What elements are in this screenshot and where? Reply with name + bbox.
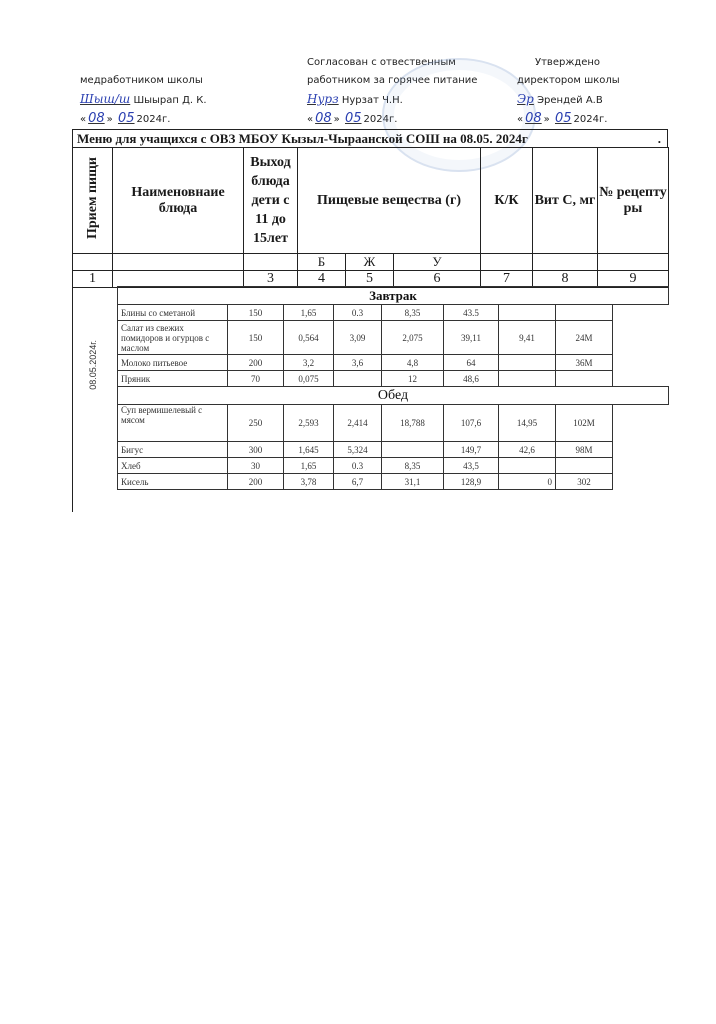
approval-medical-role: медработником школы (80, 72, 207, 90)
table-row: Салат из свежих помидоров и огурцов с ма… (118, 321, 669, 355)
menu-table-body: ЗавтракБлины со сметаной1501,650.38,3543… (117, 286, 669, 490)
cell-dish: Кисель (118, 474, 228, 490)
approval-medical-name: Шыырап Д. К. (133, 95, 206, 106)
cell-b: 3,2 (284, 355, 334, 371)
approval-medical: медработником школы Шыш/ш Шыырап Д. К. «… (80, 72, 207, 129)
cell-u: 31,1 (382, 474, 444, 490)
cell-zh (334, 371, 382, 387)
cell-kcal: 64 (444, 355, 499, 371)
approval-director-role: директором школы (517, 72, 620, 90)
cell-recipe (556, 371, 613, 387)
approval-director: Утверждено директором школы Эр Эрендей А… (517, 54, 620, 129)
table-row: Молоко питьевое2003,23,64,86436М (118, 355, 669, 371)
cell-recipe: 36М (556, 355, 613, 371)
cell-zh: 3,6 (334, 355, 382, 371)
cell-u: 18,788 (382, 405, 444, 442)
header-nutrients: Пищевые вещества (г) (298, 148, 481, 254)
cell-zh: 5,324 (334, 442, 382, 458)
subheader-zh: Ж (346, 254, 394, 271)
cell-kcal: 43,5 (444, 458, 499, 474)
cell-kcal: 107,6 (444, 405, 499, 442)
cell-dish: Пряник (118, 371, 228, 387)
cell-vitc: 42,6 (499, 442, 556, 458)
title-trailing-dot: . (658, 130, 661, 147)
cell-vitc (499, 458, 556, 474)
column-numbers-row: 1 3 4 5 6 7 8 9 (73, 271, 669, 288)
cell-u: 8,35 (382, 305, 444, 321)
cell-u (382, 442, 444, 458)
header-kcal: К/К (481, 148, 533, 254)
cell-vitc: 9,41 (499, 321, 556, 355)
table-row: Пряник700,0751248,6 (118, 371, 669, 387)
cell-u: 4,8 (382, 355, 444, 371)
header-portion: Выход блюда дети с 11 до 15лет (244, 148, 298, 254)
cell-recipe: 98М (556, 442, 613, 458)
approval-medical-date: «08» 052024г. (80, 110, 207, 129)
document-title-text: Меню для учащихся с ОВЗ МБОУ Кызыл-Чыраа… (77, 131, 528, 146)
cell-recipe: 102М (556, 405, 613, 442)
header-meal: Прием пищи (73, 148, 113, 254)
cell-portion: 300 (228, 442, 284, 458)
cell-b: 0,564 (284, 321, 334, 355)
header-recipe: № рецепту ры (598, 148, 669, 254)
header-vitc: Вит С, мг (533, 148, 598, 254)
table-row: Хлеб301,650.38,3543,5 (118, 458, 669, 474)
cell-kcal: 48,6 (444, 371, 499, 387)
approval-director-name: Эрендей А.В (537, 95, 603, 106)
cell-kcal: 43.5 (444, 305, 499, 321)
cell-recipe (556, 458, 613, 474)
cell-zh: 0.3 (334, 458, 382, 474)
cell-portion: 150 (228, 305, 284, 321)
cell-b: 0,075 (284, 371, 334, 387)
cell-portion: 70 (228, 371, 284, 387)
cell-kcal: 149,7 (444, 442, 499, 458)
cell-portion: 250 (228, 405, 284, 442)
cell-zh: 2,414 (334, 405, 382, 442)
signature-catering: Нурз (307, 92, 339, 106)
cell-dish: Хлеб (118, 458, 228, 474)
cell-dish: Бигус (118, 442, 228, 458)
signature-medical: Шыш/ш (80, 92, 130, 106)
cell-b: 1,65 (284, 458, 334, 474)
cell-dish: Блины со сметаной (118, 305, 228, 321)
document-title: Меню для учащихся с ОВЗ МБОУ Кызыл-Чыраа… (72, 129, 668, 147)
section-title: Обед (118, 387, 669, 405)
cell-portion: 200 (228, 474, 284, 490)
day-label: 08.05.2024г. (88, 340, 98, 390)
cell-recipe (556, 305, 613, 321)
cell-dish: Суп вермишелевый с мясом (118, 405, 228, 442)
subheader-u: У (394, 254, 481, 271)
cell-kcal: 128,9 (444, 474, 499, 490)
cell-b: 1,65 (284, 305, 334, 321)
cell-kcal: 39,11 (444, 321, 499, 355)
cell-dish: Салат из свежих помидоров и огурцов с ма… (118, 321, 228, 355)
cell-recipe: 302 (556, 474, 613, 490)
table-row: Бигус3001,6455,324149,742,698М (118, 442, 669, 458)
cell-b: 2,593 (284, 405, 334, 442)
signature-director: Эр (517, 92, 534, 106)
cell-portion: 200 (228, 355, 284, 371)
subheader-b: Б (298, 254, 346, 271)
table-row: Блины со сметаной1501,650.38,3543.5 (118, 305, 669, 321)
table-row: Кисель2003,786,731,1128,90302 (118, 474, 669, 490)
cell-vitc (499, 355, 556, 371)
menu-table-header: Прием пищи Наименовнаие блюда Выход блюд… (72, 147, 669, 288)
cell-zh: 3,09 (334, 321, 382, 355)
cell-u: 2,075 (382, 321, 444, 355)
cell-vitc (499, 371, 556, 387)
header-dish: Наименовнаие блюда (113, 148, 244, 254)
cell-vitc (499, 305, 556, 321)
section-title: Завтрак (118, 287, 669, 305)
cell-zh: 0.3 (334, 305, 382, 321)
cell-dish: Молоко питьевое (118, 355, 228, 371)
cell-b: 3,78 (284, 474, 334, 490)
cell-portion: 30 (228, 458, 284, 474)
cell-u: 12 (382, 371, 444, 387)
section-row: Обед (118, 387, 669, 405)
approval-director-line1: Утверждено (517, 54, 620, 72)
approval-director-date: «08» 052024г. (517, 110, 620, 129)
table-row: Суп вермишелевый с мясом2502,5932,41418,… (118, 405, 669, 442)
day-column (72, 286, 117, 512)
cell-vitc: 0 (499, 474, 556, 490)
cell-b: 1,645 (284, 442, 334, 458)
cell-u: 8,35 (382, 458, 444, 474)
cell-recipe: 24М (556, 321, 613, 355)
section-row: Завтрак (118, 287, 669, 305)
cell-vitc: 14,95 (499, 405, 556, 442)
cell-portion: 150 (228, 321, 284, 355)
cell-zh: 6,7 (334, 474, 382, 490)
